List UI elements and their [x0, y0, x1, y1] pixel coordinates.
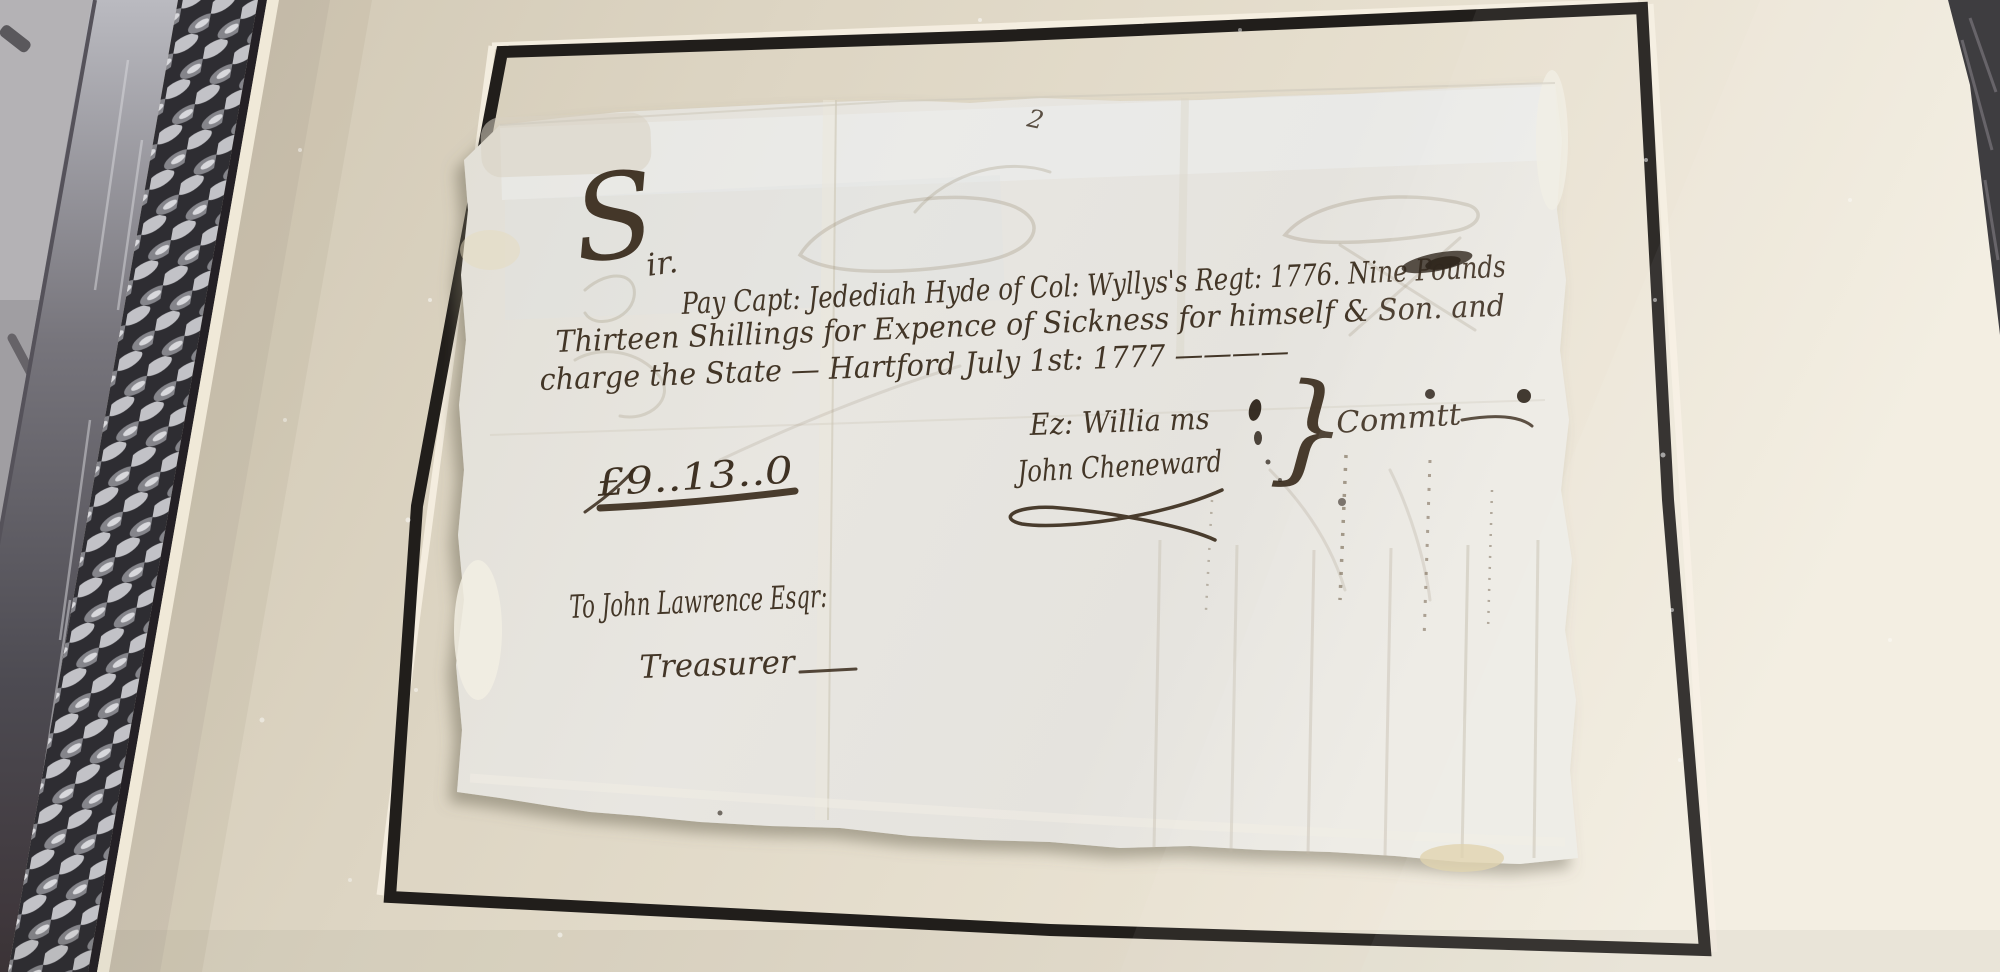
ink-speck-4	[718, 811, 723, 816]
dust-speck	[414, 688, 418, 692]
dust-speck	[348, 878, 352, 882]
dust-speck	[1848, 198, 1852, 202]
dust-speck	[1238, 28, 1242, 32]
dust-speck	[1644, 158, 1648, 162]
dust-speck	[1661, 453, 1666, 458]
bottom-vignette	[0, 930, 2000, 972]
dust-speck	[260, 718, 265, 723]
ink-blot-2	[1254, 431, 1262, 445]
salutation-rest: ir.	[644, 244, 680, 284]
ink-speck-1	[1266, 460, 1271, 465]
dust-speck	[1670, 608, 1674, 612]
photo-canvas: S ir. 2 Pay Capt: Jedediah Hyde of Col: …	[0, 0, 2000, 972]
signature-1: Ez: Willia ms	[1028, 402, 1210, 443]
dust-speck	[978, 18, 982, 22]
dust-speck	[298, 148, 302, 152]
addressee-title: Treasurer	[639, 643, 797, 686]
ink-speck-2	[1278, 478, 1282, 482]
dust-speck	[1653, 298, 1657, 302]
paper-left-stain-2	[460, 230, 520, 270]
framed-document-photo: S ir. 2 Pay Capt: Jedediah Hyde of Col: …	[0, 0, 2000, 972]
dust-speck	[406, 518, 411, 523]
dust-speck	[428, 298, 432, 302]
dust-speck	[283, 418, 287, 422]
paper-left-chew-stain	[454, 560, 502, 700]
dust-speck	[1678, 758, 1682, 762]
dust-speck	[558, 933, 563, 938]
dust-speck	[1888, 638, 1892, 642]
